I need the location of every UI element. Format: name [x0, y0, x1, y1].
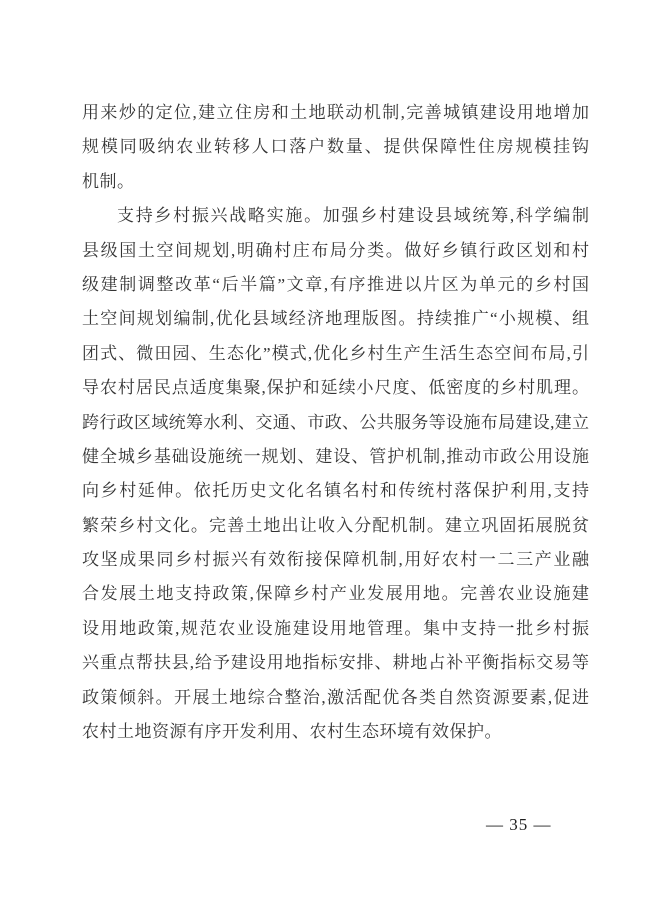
page-number: — 35 —	[486, 815, 586, 835]
text-line: 跨行政区域统筹水利、交通、市政、公共服务等设施布局建设,建立	[82, 406, 589, 440]
text-line: 向乡村延伸。依托历史文化名镇名村和传统村落保护利用,支持	[82, 474, 589, 508]
text-line: 支持乡村振兴战略实施。加强乡村建设县域统筹,科学编制	[82, 199, 589, 233]
text-line: 县级国土空间规划,明确村庄布局分类。做好乡镇行政区划和村	[82, 234, 589, 268]
document-page: 用来炒的定位,建立住房和土地联动机制,完善城镇建设用地增加 规模同吸纳农业转移人…	[0, 0, 650, 919]
text-line: 农村土地资源有序开发利用、农村生态环境有效保护。	[82, 715, 589, 749]
text-line: 设用地政策,规范农业设施建设用地管理。集中支持一批乡村振	[82, 612, 589, 646]
text-line: 用来炒的定位,建立住房和土地联动机制,完善城镇建设用地增加	[82, 96, 589, 130]
text-line: 政策倾斜。开展土地综合整治,激活配优各类自然资源要素,促进	[82, 681, 589, 715]
text-line: 兴重点帮扶县,给予建设用地指标安排、耕地占补平衡指标交易等	[82, 646, 589, 680]
text-line: 土空间规划编制,优化县域经济地理版图。持续推广“小规模、组	[82, 302, 589, 336]
text-line: 合发展土地支持政策,保障乡村产业发展用地。完善农业设施建	[82, 577, 589, 611]
text-line: 繁荣乡村文化。完善土地出让收入分配机制。建立巩固拓展脱贫	[82, 509, 589, 543]
text-line: 级建制调整改革“后半篇”文章,有序推进以片区为单元的乡村国	[82, 268, 589, 302]
text-line: 团式、微田园、生态化”模式,优化乡村生产生活生态空间布局,引	[82, 337, 589, 371]
text-line: 导农村居民点适度集聚,保护和延续小尺度、低密度的乡村肌理。	[82, 371, 589, 405]
text-line: 健全城乡基础设施统一规划、建设、管护机制,推动市政公用设施	[82, 440, 589, 474]
text-line: 机制。	[82, 165, 589, 199]
text-line: 规模同吸纳农业转移人口落户数量、提供保障性住房规模挂钩	[82, 130, 589, 164]
text-line: 攻坚成果同乡村振兴有效衔接保障机制,用好农村一二三产业融	[82, 543, 589, 577]
document-text-block: 用来炒的定位,建立住房和土地联动机制,完善城镇建设用地增加 规模同吸纳农业转移人…	[82, 96, 589, 749]
